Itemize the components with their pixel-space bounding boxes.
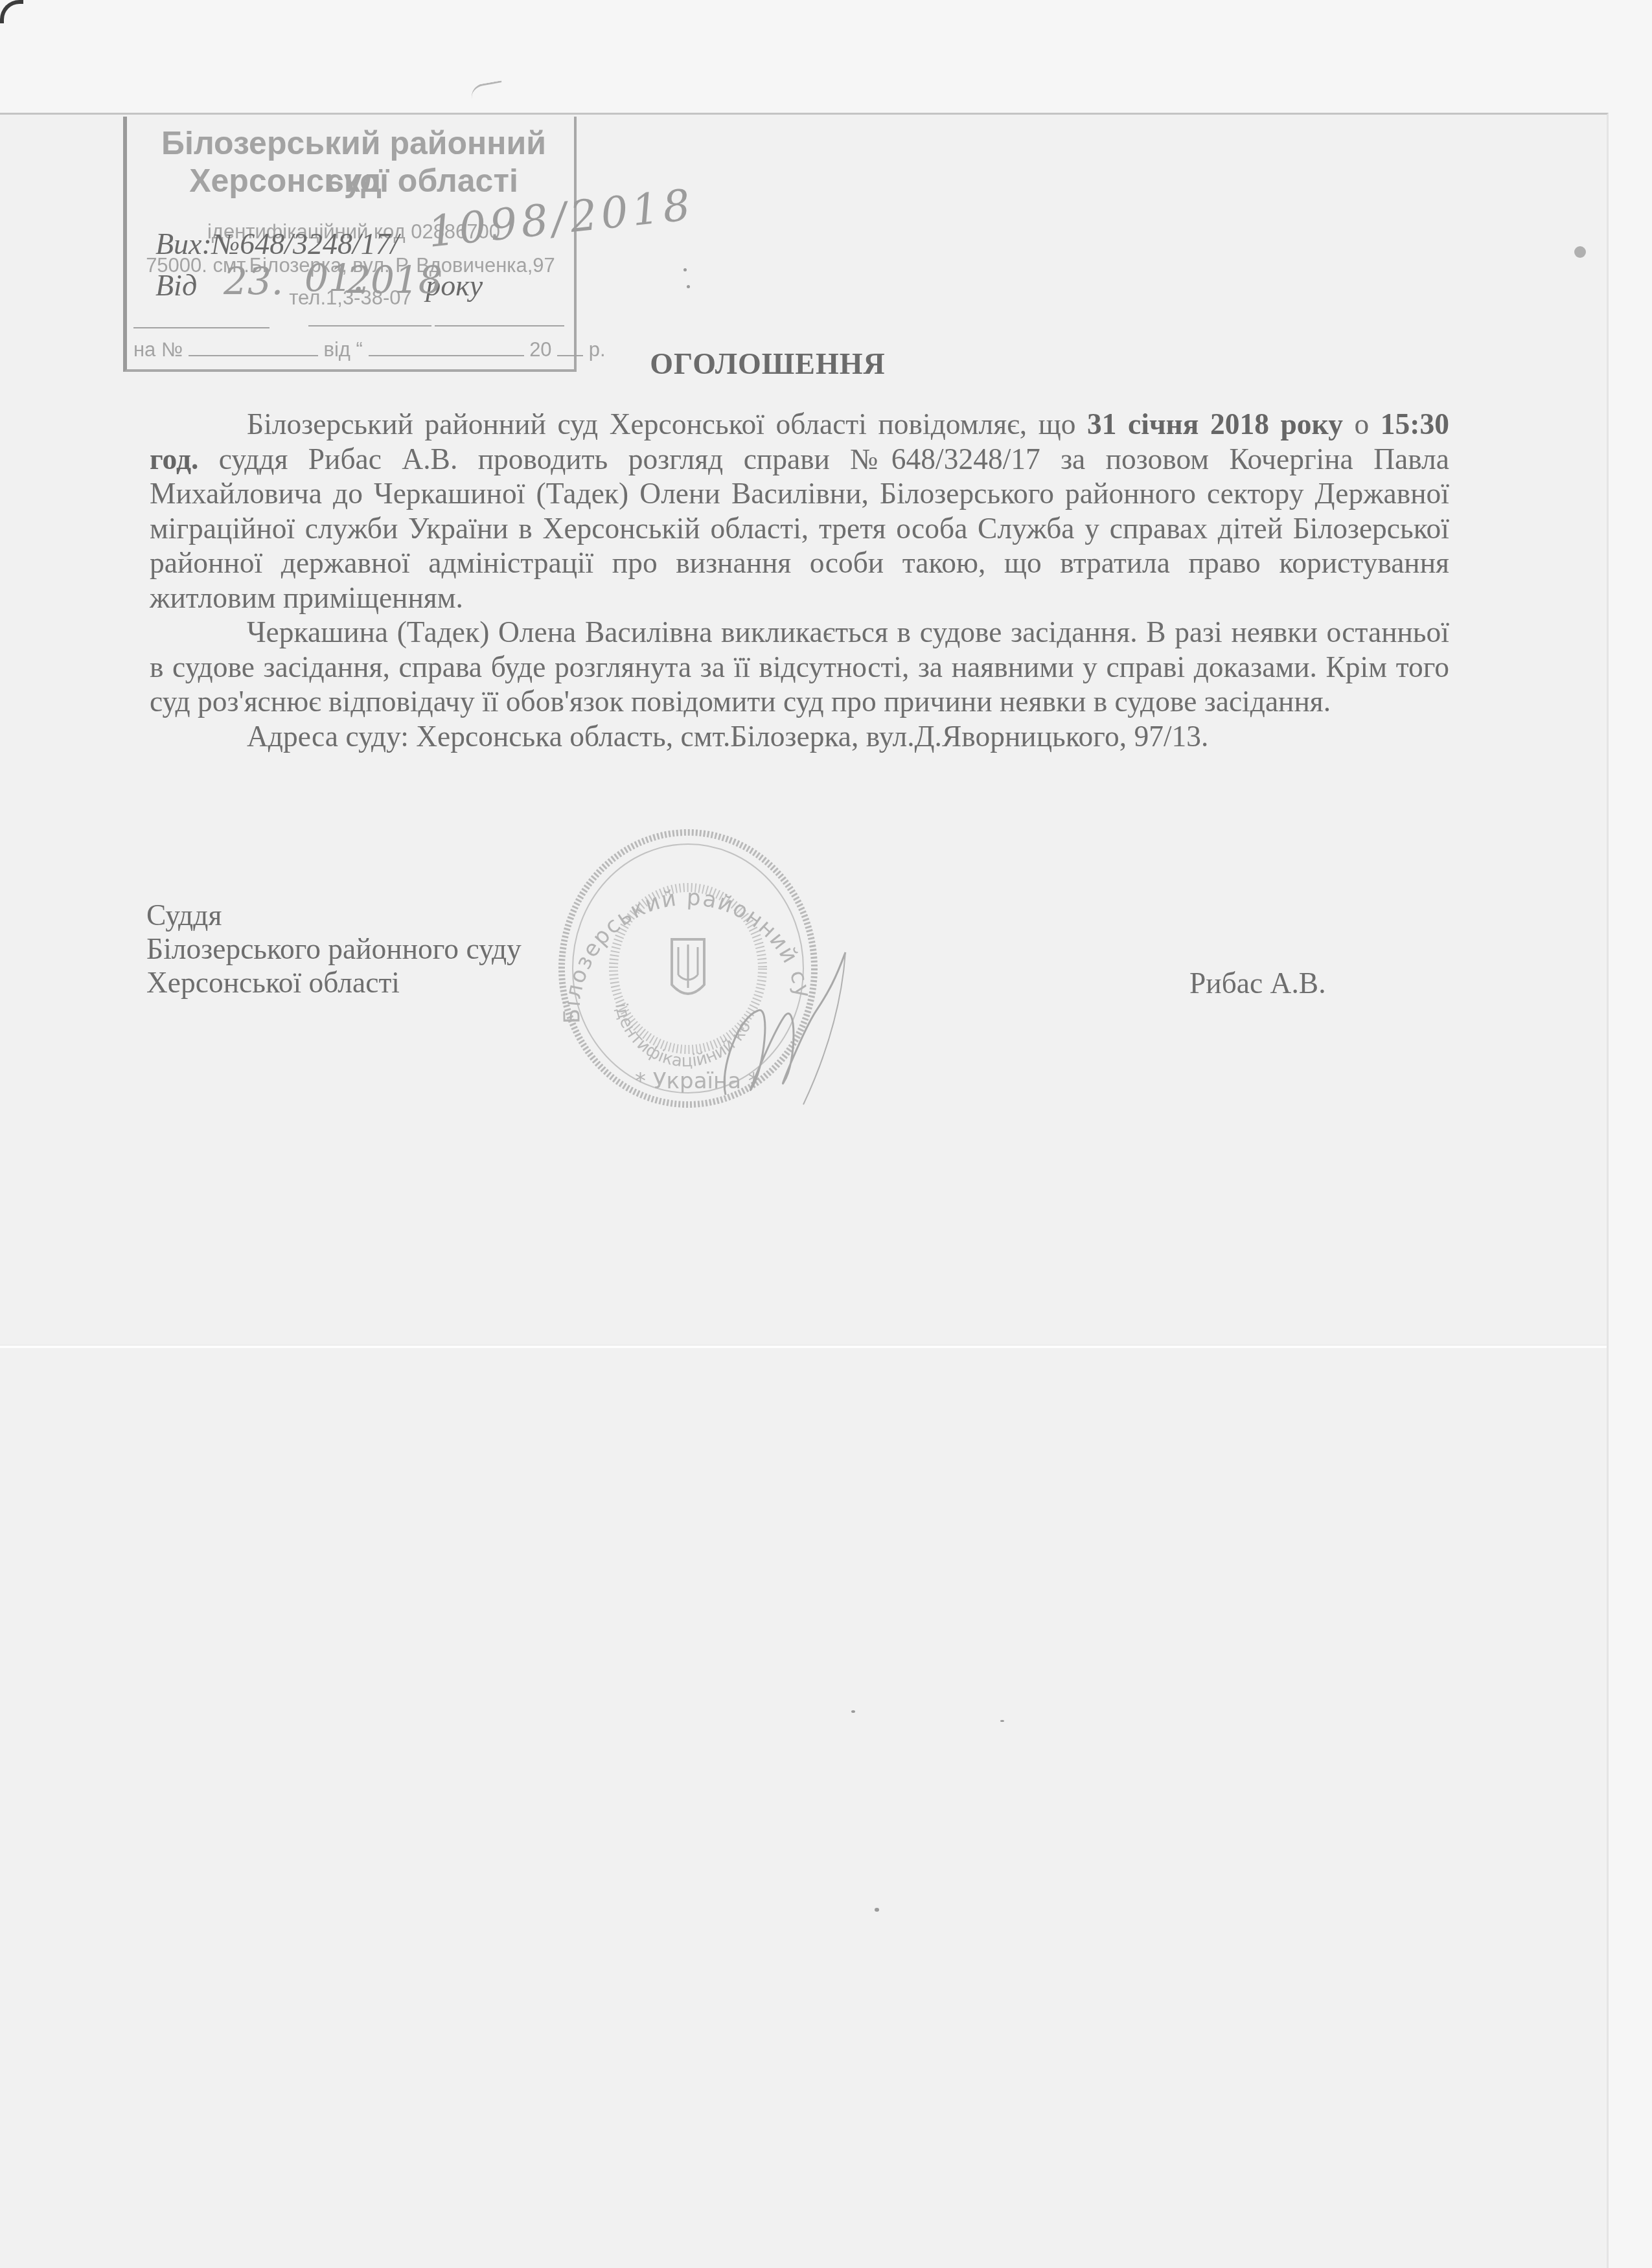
handwritten-date-day: 23. [224, 259, 283, 303]
document-title: ОГОЛОШЕННЯ [0, 347, 1607, 381]
coat-of-arms-trident-icon [672, 939, 704, 994]
hearing-date: 31 січня 2018 року [1087, 407, 1343, 441]
signer-region: Херсонської області [146, 966, 522, 1000]
signer-court: Білозерського районного суду [146, 932, 522, 966]
announcement-body: Білозерський районний суд Херсонської об… [150, 407, 1449, 753]
judge-name: Рибас А.В. [1189, 966, 1326, 1000]
scan-speck [1574, 246, 1586, 258]
document-title-text: ОГОЛОШЕННЯ [650, 347, 885, 380]
paragraph-hearing: Білозерський районний суд Херсонської об… [150, 407, 1449, 615]
outgoing-date-label: Від [155, 269, 197, 302]
signature-block: Суддя Білозерського районного суду Херсо… [146, 899, 522, 1000]
stamp-blank-line [435, 325, 564, 326]
scan-speck [683, 268, 687, 271]
judge-signature [713, 939, 855, 1108]
stamp-court-region: Херсонської області [146, 162, 561, 200]
stamp-blank-line [308, 325, 431, 326]
paragraph-summons: Черкашина (Тадек) Олена Василівна виклик… [150, 615, 1449, 719]
scan-speck [1000, 1720, 1004, 1722]
signer-title: Суддя [146, 899, 522, 932]
paragraph-address: Адреса суду: Херсонська область, смт.Біл… [150, 719, 1449, 754]
paragraph-text: суддя Рибас А.В. проводить розгляд справ… [150, 442, 1449, 614]
paper-fold-line [0, 1345, 1607, 1348]
paragraph-text: Білозерський районний суд Херсонської об… [247, 407, 1087, 441]
handwritten-date-year: 2018 [347, 258, 442, 302]
scan-speck [875, 1908, 879, 1912]
paragraph-text: о [1343, 407, 1381, 441]
scan-speck [851, 1710, 855, 1713]
stamp-blank-line [133, 327, 270, 328]
scan-speck [687, 285, 690, 288]
